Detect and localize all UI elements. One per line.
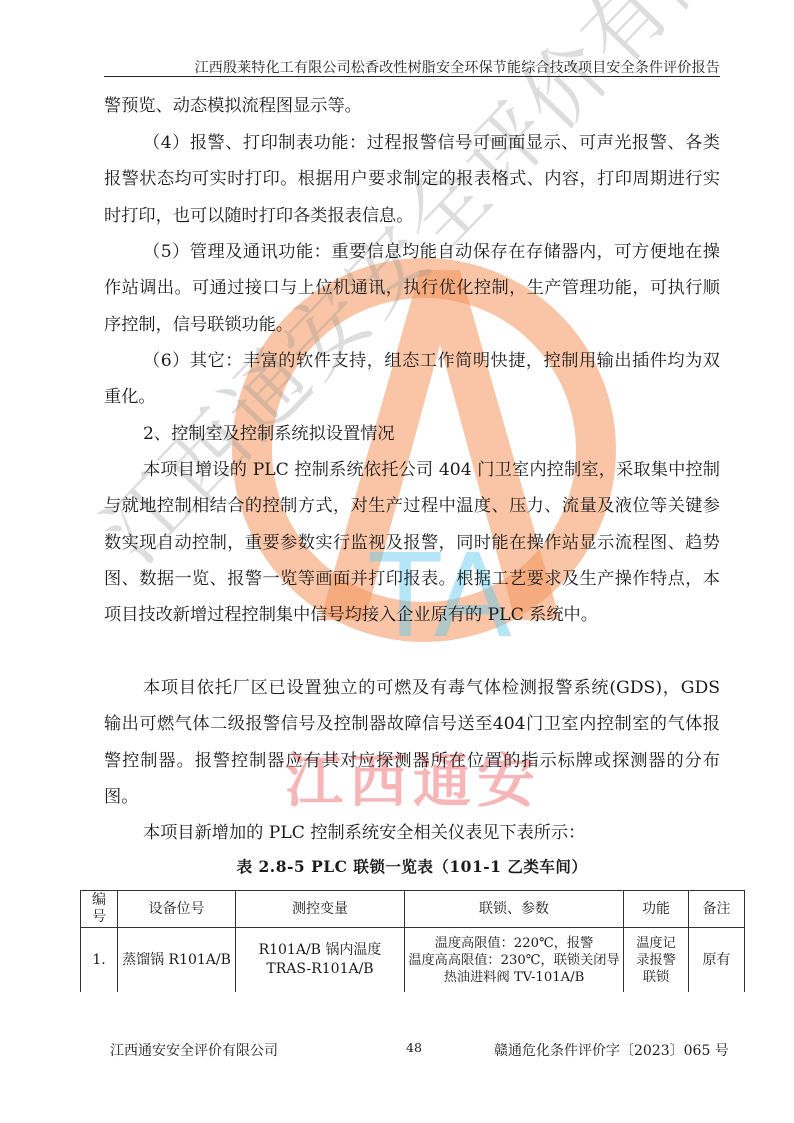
cell-remark: 原有 (689, 928, 745, 993)
variable-line: TRAS-R101A/B (236, 960, 404, 979)
cell-equipment: 蒸馏锅 R101A/B (118, 928, 236, 993)
paragraph-other: （6）其它：丰富的软件支持，组态工作简明快捷，控制用输出插件均为双重化。 (104, 343, 720, 416)
column-header-no: 编号 (81, 891, 118, 928)
section-heading-control-room: 2、控制室及控制系统拟设置情况 (104, 416, 720, 452)
function-line: 联锁 (624, 969, 688, 986)
paragraph-continuation: 警预览、动态模拟流程图显示等。 (104, 88, 720, 124)
table-row: 1. 蒸馏锅 R101A/B R101A/B 锅内温度 TRAS-R101A/B… (81, 928, 745, 993)
page-number: 48 (406, 1040, 422, 1055)
cell-variable: R101A/B 锅内温度 TRAS-R101A/B (236, 928, 405, 993)
header-title: 江西殷莱特化工有限公司松香改性树脂安全环保节能综合技改项目安全条件评价报告 (100, 57, 720, 77)
column-header-equipment: 设备位号 (118, 891, 236, 928)
interlock-line: 热油进料阀 TV-101A/B (405, 969, 623, 986)
footer-document-number: 赣通危化条件评价字〔2023〕065 号 (494, 1040, 729, 1060)
paragraph-plc-system: 本项目增设的 PLC 控制系统依托公司 404 门卫室内控制室，采取集中控制与就… (104, 452, 720, 633)
plc-interlock-table: 编号 设备位号 测控变量 联锁、参数 功能 备注 1. 蒸馏锅 R101A/B … (80, 890, 745, 992)
function-line: 录报警 (624, 952, 688, 969)
document-page: TA 江西通安 江西通安安全评价有限公司 江西殷莱特化工有限公司松香改性树脂安全… (0, 0, 794, 1123)
cell-function: 温度记 录报警 联锁 (624, 928, 689, 993)
interlock-line: 温度高高限值：230℃，联锁关闭导 (405, 952, 623, 969)
interlock-line: 温度高限值：220℃，报警 (405, 935, 623, 952)
column-header-function: 功能 (624, 891, 689, 928)
paragraph-management-comm: （5）管理及通讯功能：重要信息均能自动保存在存储器内，可方便地在操作站调出。可通… (104, 234, 720, 343)
cell-interlock: 温度高限值：220℃，报警 温度高高限值：230℃，联锁关闭导 热油进料阀 TV… (405, 928, 624, 993)
paragraph-gds-system: 本项目依托厂区已设置独立的可燃及有毒气体检测报警系统(GDS)，GDS 输出可燃… (104, 670, 720, 815)
variable-line: R101A/B 锅内温度 (236, 941, 404, 960)
column-header-remark: 备注 (689, 891, 745, 928)
paragraph-alarm-print: （4）报警、打印制表功能：过程报警信号可画面显示、可声光报警、各类报警状态均可实… (104, 125, 720, 234)
paragraph-table-intro: 本项目新增加的 PLC 控制系统安全相关仪表见下表所示： (104, 815, 720, 851)
function-line: 温度记 (624, 935, 688, 952)
column-header-interlock: 联锁、参数 (405, 891, 624, 928)
table-caption: 表 2.8-5 PLC 联锁一览表（101-1 乙类车间） (104, 855, 720, 877)
column-header-variable: 测控变量 (236, 891, 405, 928)
cell-no: 1. (81, 928, 118, 993)
footer-company: 江西通安安全评价有限公司 (110, 1040, 278, 1060)
header-divider (104, 76, 720, 77)
table-header-row: 编号 设备位号 测控变量 联锁、参数 功能 备注 (81, 891, 745, 928)
